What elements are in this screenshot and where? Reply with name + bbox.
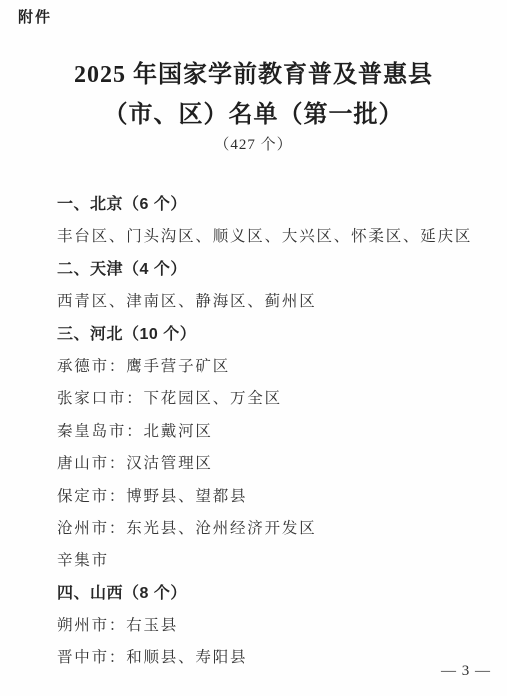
section-line-qinhuangdao: 秦皇岛市：北戴河区 [57, 416, 469, 448]
section-line-zhangjiakou: 张家口市：下花园区、万全区 [57, 383, 469, 415]
section-line-baoding: 保定市：博野县、望都县 [57, 481, 469, 513]
section-heading-tianjin: 二、天津（4 个） [57, 254, 469, 286]
section-line-xinji: 辛集市 [57, 545, 469, 577]
section-line-beijing-districts: 丰台区、门头沟区、顺义区、大兴区、怀柔区、延庆区 [57, 221, 469, 253]
section-heading-beijing: 一、北京（6 个） [57, 189, 469, 221]
document-subtitle: （427 个） [0, 134, 507, 156]
section-heading-hebei: 三、河北（10 个） [57, 319, 469, 351]
document-body: 一、北京（6 个） 丰台区、门头沟区、顺义区、大兴区、怀柔区、延庆区 二、天津（… [57, 189, 469, 675]
section-line-shuozhou: 朔州市：右玉县 [57, 610, 469, 642]
section-line-tianjin-districts: 西青区、津南区、静海区、蓟州区 [57, 286, 469, 318]
document-title: 2025 年国家学前教育普及普惠县 （市、区）名单（第一批） [0, 55, 507, 135]
attachment-label: 附件 [18, 6, 52, 27]
section-line-tangshan: 唐山市：汉沽管理区 [57, 448, 469, 480]
page-number: — 3 — [441, 663, 491, 680]
document-page: 附件 2025 年国家学前教育普及普惠县 （市、区）名单（第一批） （427 个… [0, 0, 507, 696]
title-line-2: （市、区）名单（第一批） [0, 95, 507, 135]
title-line-1: 2025 年国家学前教育普及普惠县 [0, 55, 507, 95]
section-line-cangzhou: 沧州市：东光县、沧州经济开发区 [57, 513, 469, 545]
section-line-chengde: 承德市：鹰手营子矿区 [57, 351, 469, 383]
section-line-jinzhong: 晋中市：和顺县、寿阳县 [57, 642, 469, 674]
section-heading-shanxi: 四、山西（8 个） [57, 578, 469, 610]
